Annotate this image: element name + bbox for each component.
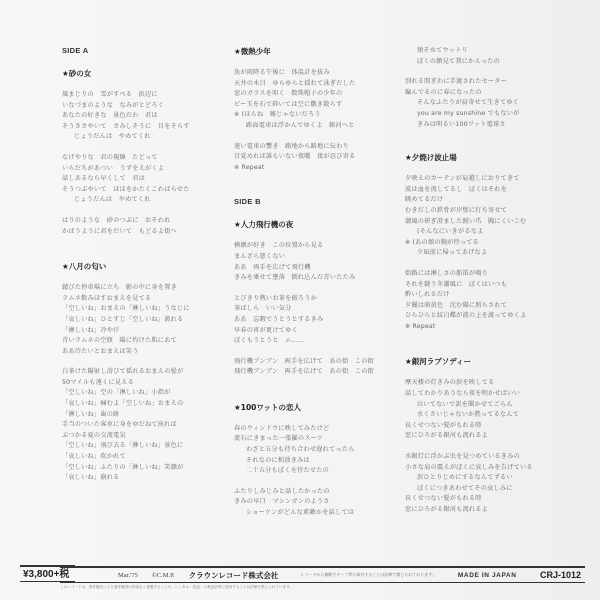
song: ★砂の女風まじりの 雪がすべる 浜辺にいなづまのような なみがとどろくあなたの好… bbox=[62, 68, 242, 237]
lyric-line: それを縫う冬潮風に ぼくはいつも bbox=[405, 280, 585, 291]
lyric-line: ビー玉を石で砕いては空に撒き散らす bbox=[234, 100, 414, 111]
lyric-line: かばうように君をだいて もどるよ街へ bbox=[62, 227, 242, 238]
lyric-line: ※ (あの娘の胸が待ってる bbox=[405, 238, 585, 249]
song-title: ★銀河ラプソディー bbox=[405, 356, 585, 367]
side-b-label: SIDE B bbox=[234, 197, 414, 206]
lyric-stanza: とびきり熱いお茶を振ろうか茶ばしら いい気分ああ 忘暇でうとうとするきみ早春の宵… bbox=[234, 294, 414, 347]
column-3-songs: ★夕焼け波止場夕映えのカーテンが肩越しにおりてきて波は血を流してるし ぼくはそれ… bbox=[405, 152, 585, 515]
lyric-line: いなづまのような なみがとどろく bbox=[62, 101, 242, 112]
lyric-line: 魚が雨降る午後に 体温計を抜み bbox=[234, 68, 414, 79]
side-b-section: SIDE B ★人力飛行機の夜横顔が好き この位置から見るまんざら悪くないああ … bbox=[234, 197, 414, 518]
lyric-line: ひらひらと紋白蝶が波の上を渡ってゆくよ bbox=[405, 311, 585, 322]
lyric-line: 水銀灯に浮かぶ虫を見つめているきみの bbox=[405, 452, 585, 463]
lyric-stanza: 飛行機ブンブン 両手を広げて あの街 この街飛行機ブンブン 両手を広げて あの街… bbox=[234, 357, 414, 378]
song-title: ★夕焼け波止場 bbox=[405, 152, 585, 163]
lyric-line: 「空しいね」空の「淋しいね」小指が bbox=[62, 388, 242, 399]
side-a-label: SIDE A bbox=[62, 46, 242, 55]
song: ★夕焼け波止場夕映えのカーテンが肩越しにおりてきて波は血を流してるし ぼくはそれ… bbox=[405, 152, 585, 332]
lyric-line: とびきり熱いお茶を振ろうか bbox=[234, 294, 414, 305]
lyric-line: 潮風の研ぎ澄ました鋭い爪 胸にくいこむ bbox=[405, 217, 585, 228]
lyric-line: そうつぶやいて ほほをかたくこわばらせた bbox=[62, 185, 242, 196]
lyric-line: 涙ひとりじめにするなんてずるい bbox=[405, 473, 585, 484]
song-title: ★微熱少年 bbox=[234, 46, 414, 57]
lyric-line: ぼくもうとうと ム…… bbox=[234, 336, 414, 347]
lyric-line: 錆びた停車場に立ち 影の中に身を置き bbox=[62, 283, 242, 294]
lyric-line: きみの早口 マシンガンのようさ bbox=[234, 497, 414, 508]
song: ★微熱少年魚が雨降る午後に 体温計を抜み天井の木目 ゆらゆらと揺れて泳ぎだした窓… bbox=[234, 46, 414, 173]
lyric-line: 摩天楼の灯きみの涙を映してる bbox=[405, 378, 585, 389]
column-2: ★微熱少年魚が雨降る午後に 体温計を抜み天井の木目 ゆらゆらと揺れて泳ぎだした窓… bbox=[234, 46, 414, 543]
lyric-line: 天井の木目 ゆらゆらと揺れて泳ぎだした bbox=[234, 79, 414, 90]
lyric-stanza: 遠い電車の響き 路地から路地に伝わり目覚めれば誰もいない夜曜 夜が忍び寄る※ R… bbox=[234, 142, 414, 174]
lyric-line: 茶ばしら いい気分 bbox=[234, 304, 414, 315]
lyric-line: わざと五分も待ち合わせ遅れてったら bbox=[234, 445, 414, 456]
side-a-songs: ★砂の女風まじりの 雪がすべる 浜辺にいなづまのような なみがとどろくあなたの好… bbox=[62, 68, 242, 484]
lyric-line: 早春の宵が更けてゆく bbox=[234, 326, 414, 337]
lyric-line: 50マイルも遠くに見える bbox=[62, 378, 242, 389]
lyric-line: 水くさいじゃないか黙ってるなんて bbox=[405, 410, 585, 421]
lyric-line: 「空しいね」おまえの「淋しいね」うなじに bbox=[62, 304, 242, 315]
lyric-line: 別れる間ぎわに手渡されたセーター bbox=[405, 77, 585, 88]
lyric-line: あなたの好きな 景色だわ 君は bbox=[62, 111, 242, 122]
lyric-line: 編んでるのに春になったの bbox=[405, 88, 585, 99]
lyric-stanza: 摩天楼の灯きみの涙を映してる話してわかりあうなら夜を明かせばいい泣いてないで訳を… bbox=[405, 378, 585, 442]
catalog-number: CRJ-1012 bbox=[540, 570, 581, 580]
lyric-line: ぼくにつきあわせてその哀しみに bbox=[405, 484, 585, 495]
lyric-line: 横顔が好き この位置から見る bbox=[234, 241, 414, 252]
lyric-line: 夕映えのカーテンが肩越しにおりてきて bbox=[405, 174, 585, 185]
lyric-line: じょうだんは やめてくれ bbox=[62, 195, 242, 206]
song-title: ★砂の女 bbox=[62, 68, 242, 79]
lyric-line: 「哀しいね」吹かれて bbox=[62, 452, 242, 463]
lyric-line: ※ (ほらね 嘘じゃないだろう bbox=[234, 110, 414, 121]
lyric-line: きみを乗せて墜落 倒れ込んだ青いたたみ bbox=[234, 273, 414, 284]
song: ★100ワットの恋人春のウィンドウに映してみたけど流石にきまった一張羅のスーツわ… bbox=[234, 402, 414, 519]
lyric-line: 小さな肩の震えがぼくに哀しみを告げている bbox=[405, 463, 585, 474]
continued-lyrics: 頬そめてウットリぼくの顔見て我にかえったの別れる間ぎわに手渡されたセーター編んで… bbox=[405, 46, 585, 130]
lyric-line: ショーケンがどんな素敵かを話しては bbox=[234, 508, 414, 519]
lyric-line: まんざら悪くない bbox=[234, 252, 414, 263]
song: ★銀河ラプソディー摩天楼の灯きみの涙を映してる話してわかりあうなら夜を明かせばい… bbox=[405, 356, 585, 515]
lyric-stanza: 横顔が好き この位置から見るまんざら悪くないああ 両手を広げて飛行機きみを乗せて… bbox=[234, 241, 414, 283]
lyric-line: 「淋しいね」歯の跡 bbox=[62, 410, 242, 421]
lyric-line: 「空しいね」飛び去る「淋しいね」景色に bbox=[62, 441, 242, 452]
lyric-line: そんなふたりが肩寄せて生きてゆく bbox=[405, 98, 585, 109]
lyric-line: 窓のガラスを叩く 数珠帽子の少年の bbox=[234, 89, 414, 100]
lyric-line: 波は血を流してるし ぼくはそれを bbox=[405, 185, 585, 196]
lyric-line: 風まじりの 雪がすべる 浜辺に bbox=[62, 90, 242, 101]
copyright: ©C.M.P. bbox=[152, 572, 175, 579]
lyric-line: 遠い電車の響き 路地から路地に伝わり bbox=[234, 142, 414, 153]
side-b-songs: ★人力飛行機の夜横顔が好き この位置から見るまんざら悪くないああ 両手を広げて飛… bbox=[234, 219, 414, 518]
lyric-line: 「哀しいね」ひとすじ「空しいね」流れる bbox=[62, 315, 242, 326]
lyric-line: 「哀しいね」崩れる bbox=[62, 473, 242, 484]
lyric-line: ああ 忘暇でうとうとするきみ bbox=[234, 315, 414, 326]
lyric-line: 飛行機ブンブン 両手を広げて あの街 この街 bbox=[234, 367, 414, 378]
lyric-line: 話してわかりあうなら夜を明かせばいい bbox=[405, 389, 585, 400]
lyric-stanza: 魚が雨降る午後に 体温計を抜み天井の木目 ゆらゆらと揺れて泳ぎだした窓のガラスを… bbox=[234, 68, 414, 132]
lyric-line: 夕闇は萌黄色 沈む陽に照らされて bbox=[405, 301, 585, 312]
lyric-line: 「淋しいね」冷や汗 bbox=[62, 326, 242, 337]
copy-notice: レコードから無断でテープ等に録音することは法律で禁じられております。 bbox=[300, 572, 435, 578]
lyric-line: ぶつかる夏の交流電気 bbox=[62, 431, 242, 442]
lyric-line: ラムネ飲みほすおまえを見てる bbox=[62, 294, 242, 305]
column-2-songs: ★微熱少年魚が雨降る午後に 体温計を抜み天井の木目 ゆらゆらと揺れて泳ぎだした窓… bbox=[234, 46, 414, 173]
lyric-stanza: 夕映えのカーテンが肩越しにおりてきて波は血を流してるし ぼくはそれを眺めてるだけ… bbox=[405, 174, 585, 259]
lyric-line: いらだちがあつい うずをえがくよ bbox=[62, 164, 242, 175]
lyric-stanza: 錆びた停車場に立ち 影の中に身を置きラムネ飲みほすおまえを見てる「空しいね」おま… bbox=[62, 283, 242, 357]
lyric-line: 路面電車は浮かんでゆくよ 銀河へと bbox=[234, 121, 414, 132]
fine-print: このレコードは、著作権法により著作権者の許諾なく複製することや、レンタル・放送・… bbox=[60, 585, 580, 590]
lyric-line: それなのに相放きみは bbox=[234, 456, 414, 467]
lyric-line: ※ Repeat bbox=[234, 163, 414, 174]
lyric-line: 夕凪前に帰ってあげなよ bbox=[405, 248, 585, 259]
lyric-line: 目覚めれば誰もいない夜曜 夜が忍び寄る bbox=[234, 152, 414, 163]
lyric-line: (そんなにいきがるなよ bbox=[405, 227, 585, 238]
footer-bar: Mar.'75 ©C.M.P. クラウンレコード株式会社 レコードから無断でテー… bbox=[60, 566, 585, 583]
lyric-line: じょうだんは やめてくれ bbox=[62, 132, 242, 143]
lyric-line: 窓にひろがる銀河も流れるよ bbox=[405, 431, 585, 442]
lyric-line: 二十五分もぼくを待たせたの bbox=[234, 466, 414, 477]
song-title: ★人力飛行機の夜 bbox=[234, 219, 414, 230]
lyric-line: 窓にひろがる銀河も流れるよ bbox=[405, 505, 585, 516]
lyric-line: 眺めてるだけ bbox=[405, 195, 585, 206]
lyric-line: ぼくの顔見て我にかえったの bbox=[405, 57, 585, 68]
lyric-line: 白茶けた陽射し浴びて揺れるおまえの髪が bbox=[62, 367, 242, 378]
song: ★人力飛行機の夜横顔が好き この位置から見るまんざら悪くないああ 両手を広げて飛… bbox=[234, 219, 414, 378]
lyric-line: 泣いてないで訳を聞かせてごらん bbox=[405, 400, 585, 411]
lyric-line: 長くせつない髪がもれる時 bbox=[405, 421, 585, 432]
record-label: クラウンレコード株式会社 bbox=[189, 570, 279, 581]
lyric-line: 街路には淋しさの船笛が鳴り bbox=[405, 269, 585, 280]
lyric-stanza: なげやりな 君の視線 たどっていらだちがあつい うずをえがくよ話しあるなら早くし… bbox=[62, 153, 242, 206]
lyric-line: 手当のついた客車に身をゆだねて座れば bbox=[62, 420, 242, 431]
lyric-stanza: 風まじりの 雪がすべる 浜辺にいなづまのような なみがとどろくあなたの好きな 景… bbox=[62, 90, 242, 143]
release-date: Mar.'75 bbox=[118, 572, 138, 579]
song: ★八月の匂い錆びた停車場に立ち 影の中に身を置きラムネ飲みほすおまえを見てる「空… bbox=[62, 261, 242, 484]
lyric-stanza: 春のウィンドウに映してみたけど流石にきまった一張羅のスーツわざと五分も待ち合わせ… bbox=[234, 424, 414, 477]
lyric-line: you are my sunshine でもないが bbox=[405, 109, 585, 120]
lyric-line: ああ冷たいとおまえは笑う bbox=[62, 347, 242, 358]
lyric-line: 頬そめてウットリ bbox=[405, 46, 585, 57]
column-3: 頬そめてウットリぼくの顔見て我にかえったの別れる間ぎわに手渡されたセーター編んで… bbox=[405, 46, 585, 540]
lyric-line: 春のウィンドウに映してみたけど bbox=[234, 424, 414, 435]
lyric-stanza: 水銀灯に浮かぶ虫を見つめているきみの小さな肩の震えがぼくに哀しみを告げている涙ひ… bbox=[405, 452, 585, 516]
lyric-line: 酔いしれるだけ bbox=[405, 290, 585, 301]
lyric-line: 飛行機ブンブン 両手を広げて あの街 この街 bbox=[234, 357, 414, 368]
lyric-line: そうささやいて さみしそうに 目をそらす bbox=[62, 122, 242, 133]
lyric-stanza: 別れる間ぎわに手渡されたセーター編んでるのに春になったのそんなふたりが肩寄せて生… bbox=[405, 77, 585, 130]
lyric-line: はりのような 砂のつぶに おそわれ bbox=[62, 216, 242, 227]
lyric-line: 「哀しいね」痛むよ「空しいね」おまえの bbox=[62, 399, 242, 410]
lyric-line: ※ Repeat bbox=[405, 322, 585, 333]
lyric-line: 話しあるなら早くして 君は bbox=[62, 174, 242, 185]
lyric-stanza: 白茶けた陽射し浴びて揺れるおまえの髪が50マイルも遠くに見える「空しいね」空の「… bbox=[62, 367, 242, 484]
lyrics-sheet: SIDE A ★砂の女風まじりの 雪がすべる 浜辺にいなづまのような なみがとど… bbox=[0, 0, 600, 600]
made-in-japan: MADE IN JAPAN bbox=[458, 572, 517, 579]
lyric-line: なげやりな 君の視線 たどって bbox=[62, 153, 242, 164]
lyric-stanza: ふたりしみじみと話したかったのきみの早口 マシンガンのようさショーケンがどんな素… bbox=[234, 487, 414, 519]
lyric-stanza: 頬そめてウットリぼくの顔見て我にかえったの bbox=[405, 46, 585, 67]
lyric-line: 長くせつない髪がもれる時 bbox=[405, 494, 585, 505]
lyric-line: ふたりしみじみと話したかったの bbox=[234, 487, 414, 498]
lyric-line: きみは明るい100ワット電球さ bbox=[405, 120, 585, 131]
song-title: ★100ワットの恋人 bbox=[234, 402, 414, 413]
lyric-line: 「空しいね」ふたりの「淋しいね」笑顔が bbox=[62, 463, 242, 474]
lyric-stanza: 街路には淋しさの船笛が鳴りそれを縫う冬潮風に ぼくはいつも酔いしれるだけ夕闇は萌… bbox=[405, 269, 585, 333]
song-title: ★八月の匂い bbox=[62, 261, 242, 272]
lyric-stanza: はりのような 砂のつぶに おそわれかばうように君をだいて もどるよ街へ bbox=[62, 216, 242, 237]
lyric-line: ああ 両手を広げて飛行機 bbox=[234, 263, 414, 274]
lyric-line: 青いラムネの空瓶 陽に灼けた肌にあて bbox=[62, 336, 242, 347]
column-side-a: SIDE A ★砂の女風まじりの 雪がすべる 浜辺にいなづまのような なみがとど… bbox=[62, 46, 242, 508]
lyric-line: 流石にきまった一張羅のスーツ bbox=[234, 434, 414, 445]
lyric-line: むきだしの鉄骨が岸壁に打ち寄せて bbox=[405, 206, 585, 217]
